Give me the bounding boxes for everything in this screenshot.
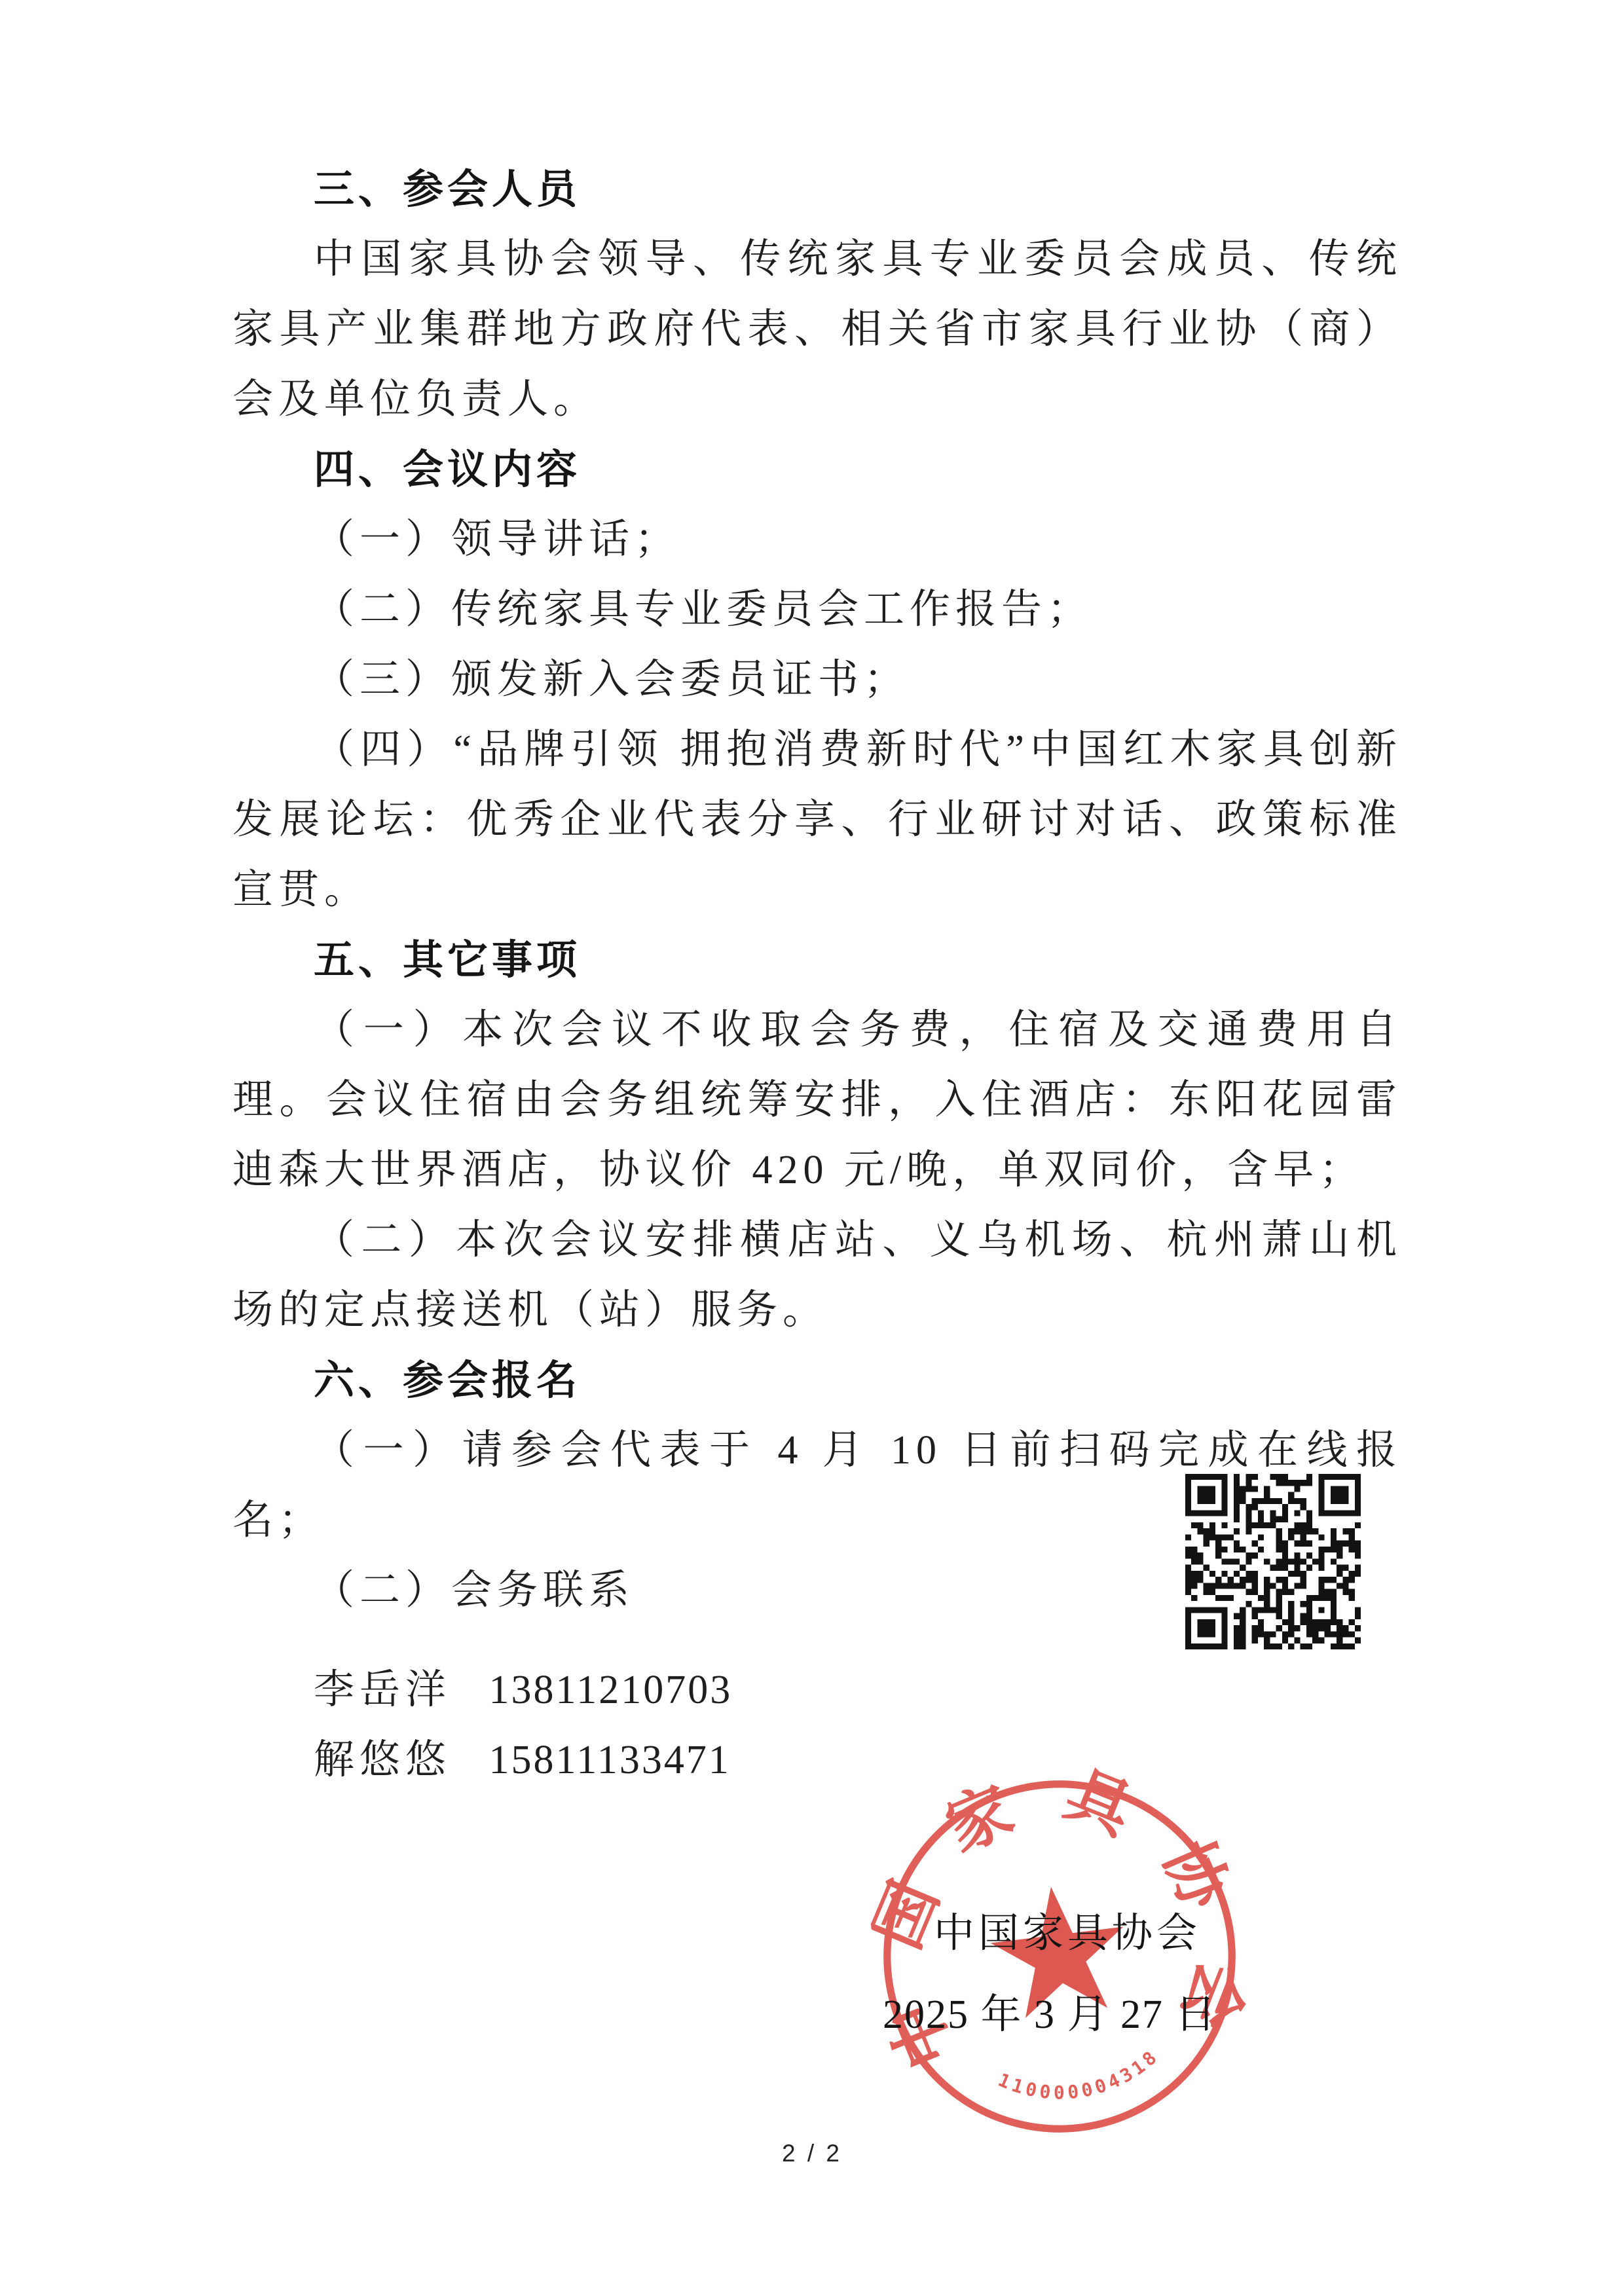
list-item: （四）“品牌引领 拥抱消费新时代”中国红木家具创新发展论坛：优秀企业代表分享、行… (232, 715, 1402, 925)
paragraph: 中国家具协会领导、传统家具专业委员会成员、传统家具产业集群地方政府代表、相关省市… (232, 225, 1402, 435)
section-heading: 五、其它事项 (232, 925, 1402, 995)
section-heading: 六、参会报名 (232, 1346, 1402, 1416)
signature-date: 2025 年 3 月 27 日 (883, 1981, 1217, 2040)
section-agenda: 四、会议内容 （一）领导讲话； （二）传统家具专业委员会工作报告； （三）颁发新… (232, 435, 1402, 925)
list-item: （一）领导讲话； (232, 505, 1402, 575)
section-other-matters: 五、其它事项 （一）本次会议不收取会务费，住宿及交通费用自理。会议住宿由会务组统… (232, 925, 1402, 1346)
contact-phone: 13811210703 (489, 1668, 733, 1712)
list-item: （二）传统家具专业委员会工作报告； (232, 575, 1402, 645)
contact-name: 解悠悠 (314, 1738, 451, 1782)
contact-phone: 15811133471 (489, 1738, 731, 1782)
signature-org: 中国家具协会 (934, 1900, 1201, 1958)
contact-name: 李岳洋 (314, 1668, 451, 1712)
section-heading: 四、会议内容 (232, 435, 1402, 505)
contact-list: 李岳洋 13811210703 解悠悠 15811133471 (232, 1655, 1402, 1795)
list-item: （一）本次会议不收取会务费，住宿及交通费用自理。会议住宿由会务组统筹安排，入住酒… (232, 995, 1402, 1205)
contact-row: 李岳洋 13811210703 (232, 1655, 1402, 1725)
list-item: （三）颁发新入会委员证书； (232, 645, 1402, 715)
page-number: 2 / 2 (0, 2140, 1624, 2167)
list-item: （二）本次会议安排横店站、义乌机场、杭州萧山机场的定点接送机（站）服务。 (232, 1205, 1402, 1346)
document-page: 三、参会人员 中国家具协会领导、传统家具专业委员会成员、传统家具产业集群地方政府… (0, 0, 1624, 2295)
qr-code (1185, 1471, 1361, 1653)
section-participants: 三、参会人员 中国家具协会领导、传统家具专业委员会成员、传统家具产业集群地方政府… (232, 155, 1402, 435)
contact-row: 解悠悠 15811133471 (232, 1725, 1402, 1795)
section-heading: 三、参会人员 (232, 155, 1402, 225)
